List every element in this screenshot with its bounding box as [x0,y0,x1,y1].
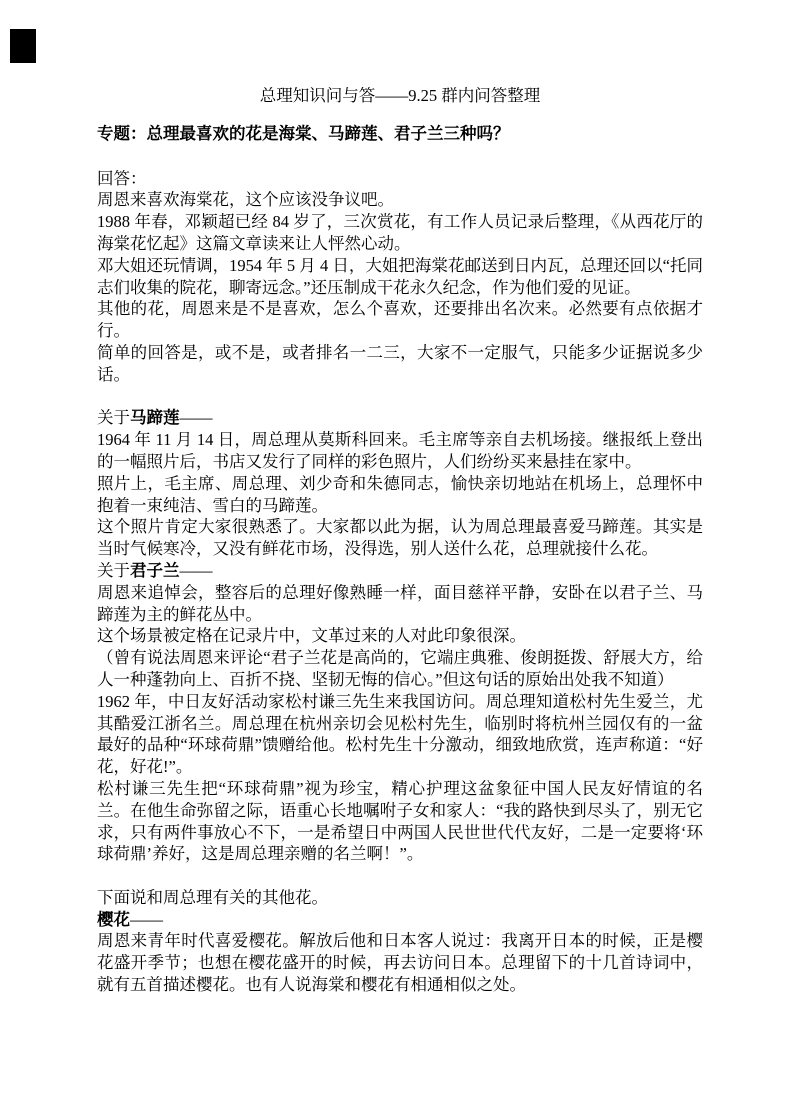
text-run: 关于 [97,408,130,427]
text-run: 1962 年，中日友好活动家松村谦三先生来我国访问。周总理知道松村先生爱兰，尤其… [97,692,703,776]
paragraph: 1962 年，中日友好活动家松村谦三先生来我国访问。周总理知道松村先生爱兰，尤其… [97,691,703,778]
text-run: 其他的花，周恩来是不是喜欢，怎么个喜欢，还要排出名次来。必然要有点依据才行。 [97,299,703,340]
paragraph: 回答： [97,168,703,190]
text-run: —— [180,408,213,427]
text-run: —— [180,561,213,580]
text-run: 周恩来青年时代喜爱樱花。解放后他和日本客人说过：我离开日本的时候，正是樱花盛开季… [97,931,703,994]
bold-text-run: 马蹄莲 [130,408,180,427]
paragraph: 周恩来追悼会，整容后的总理好像熟睡一样，面目慈祥平静，安卧在以君子兰、马蹄莲为主… [97,582,703,626]
document-page: 总理知识问与答——9.25 群内问答整理 专题：总理最喜欢的花是海棠、马蹄莲、君… [0,0,800,1100]
subject-heading: 专题：总理最喜欢的花是海棠、马蹄莲、君子兰三种吗？ [97,123,703,145]
bold-text-run: 樱花 [97,910,130,929]
paragraph: 周恩来青年时代喜爱樱花。解放后他和日本客人说过：我离开日本的时候，正是樱花盛开季… [97,930,703,995]
paragraph: 周恩来喜欢海棠花，这个应该没争议吧。 [97,189,703,211]
paragraph: 下面说和周总理有关的其他花。 [97,887,703,909]
paragraph: 这个照片肯定大家很熟悉了。大家都以此为据，认为周总理最喜爱马蹄莲。其实是当时气候… [97,516,703,560]
paragraph: 其他的花，周恩来是不是喜欢，怎么个喜欢，还要排出名次来。必然要有点依据才行。 [97,298,703,342]
text-run: 简单的回答是，或不是，或者排名一二三，大家不一定服气，只能多少证据说多少话。 [97,343,703,384]
paragraph: 松村谦三先生把“环球荷鼎”视为珍宝，精心护理这盆象征中国人民友好情谊的名兰。在他… [97,778,703,865]
text-run: 松村谦三先生把“环球荷鼎”视为珍宝，精心护理这盆象征中国人民友好情谊的名兰。在他… [97,779,703,863]
blank-line [97,386,703,408]
paragraph: 邓大姐还玩情调，1954 年 5 月 4 日，大姐把海棠花邮送到日内瓦，总理还回… [97,255,703,299]
document-content: 总理知识问与答——9.25 群内问答整理 专题：总理最喜欢的花是海棠、马蹄莲、君… [97,85,703,996]
document-title: 总理知识问与答——9.25 群内问答整理 [97,85,703,107]
paragraph: 简单的回答是，或不是，或者排名一二三，大家不一定服气，只能多少证据说多少话。 [97,342,703,386]
text-run: （曾有说法周恩来评论“君子兰花是高尚的，它端庄典雅、俊朗挺拨、舒展大方，给人一种… [97,648,703,689]
paragraph: 1988 年春，邓颖超已经 84 岁了，三次赏花，有工作人员记录后整理，《从西花… [97,211,703,255]
text-run: 1964 年 11 月 14 日，周总理从莫斯科回来。毛主席等亲自去机场接。继报… [97,430,703,471]
paragraph: 这个场景被定格在记录片中，文革过来的人对此印象很深。 [97,625,703,647]
paragraph: 关于君子兰—— [97,560,703,582]
text-run: 这个场景被定格在记录片中，文革过来的人对此印象很深。 [97,626,526,645]
paragraph: 照片上，毛主席、周总理、刘少奇和朱德同志，愉快亲切地站在机场上，总理怀中抱着一束… [97,473,703,517]
text-run: 回答： [97,169,147,188]
paragraph: 关于马蹄莲—— [97,407,703,429]
text-run: 周恩来追悼会，整容后的总理好像熟睡一样，面目慈祥平静，安卧在以君子兰、马蹄莲为主… [97,583,703,624]
text-run: 下面说和周总理有关的其他花。 [97,888,328,907]
text-run: 关于 [97,561,130,580]
blank-line [97,865,703,887]
text-run: 照片上，毛主席、周总理、刘少奇和朱德同志，愉快亲切地站在机场上，总理怀中抱着一束… [97,474,703,515]
paragraph: 1964 年 11 月 14 日，周总理从莫斯科回来。毛主席等亲自去机场接。继报… [97,429,703,473]
corner-mark [10,29,36,63]
text-run: 邓大姐还玩情调，1954 年 5 月 4 日，大姐把海棠花邮送到日内瓦，总理还回… [97,256,703,297]
text-run: 周恩来喜欢海棠花，这个应该没争议吧。 [97,190,394,209]
text-run: 1988 年春，邓颖超已经 84 岁了，三次赏花，有工作人员记录后整理，《从西花… [97,212,703,253]
text-run: 这个照片肯定大家很熟悉了。大家都以此为据，认为周总理最喜爱马蹄莲。其实是当时气候… [97,517,703,558]
paragraph: 樱花—— [97,909,703,931]
bold-text-run: 君子兰 [130,561,180,580]
paragraph: （曾有说法周恩来评论“君子兰花是高尚的，它端庄典雅、俊朗挺拨、舒展大方，给人一种… [97,647,703,691]
text-run: —— [130,910,163,929]
document-body: 回答：周恩来喜欢海棠花，这个应该没争议吧。1988 年春，邓颖超已经 84 岁了… [97,168,703,996]
